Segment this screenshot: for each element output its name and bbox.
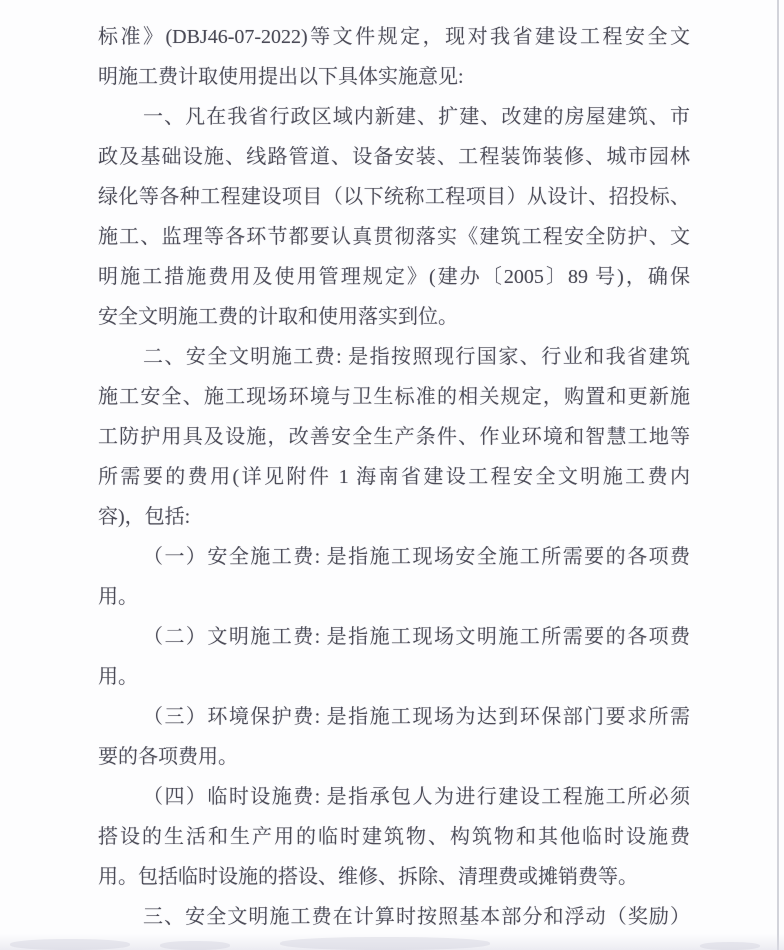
text-line: 明施工措施费用及使用管理规定》(建办〔2005〕89 号)，确保: [98, 257, 690, 297]
text-line: 施工、监理等各环节都要认真贯彻落实《建筑工程安全防护、文: [98, 217, 690, 257]
text-line: 安全文明施工费的计取和使用落实到位。: [98, 297, 690, 337]
text-line: （三）环境保护费: 是指施工现场为达到环保部门要求所需: [98, 697, 690, 737]
scan-bottom-shadow: [0, 934, 784, 950]
text-line: （四）临时设施费: 是指承包人为进行建设工程施工所必须: [98, 777, 690, 817]
text-line: 工防护用具及设施，改善安全生产条件、作业环境和智慧工地等: [98, 417, 690, 457]
text-line: 标准》(DBJ46-07-2022)等文件规定，现对我省建设工程安全文: [98, 17, 690, 57]
text-line: 所需要的费用(详见附件 1 海南省建设工程安全文明施工费内: [98, 457, 690, 497]
scan-artifact: [280, 937, 490, 950]
text-line: 明施工费计取使用提出以下具体实施意见:: [98, 57, 690, 97]
text-line: 政及基础设施、线路管道、设备安装、工程装饰装修、城市园林: [98, 137, 690, 177]
text-line: 二、安全文明施工费: 是指按照现行国家、行业和我省建筑: [98, 337, 690, 377]
text-line: 一、凡在我省行政区域内新建、扩建、改建的房屋建筑、市: [98, 97, 690, 137]
text-line: 用。包括临时设施的搭设、维修、拆除、清理费或摊销费等。: [98, 857, 690, 897]
text-line: 用。: [98, 577, 690, 617]
text-line: 要的各项费用。: [98, 737, 690, 777]
scan-artifact: [10, 939, 130, 950]
text-line: 三、安全文明施工费在计算时按照基本部分和浮动（奖励）: [98, 897, 690, 937]
scan-edge-line: [777, 0, 779, 950]
document-text: 标准》(DBJ46-07-2022)等文件规定，现对我省建设工程安全文明施工费计…: [98, 17, 690, 937]
text-line: 容)，包括:: [98, 497, 690, 537]
document-page: 标准》(DBJ46-07-2022)等文件规定，现对我省建设工程安全文明施工费计…: [0, 0, 784, 950]
text-line: 绿化等各种工程建设项目（以下统称工程项目）从设计、招投标、: [98, 177, 690, 217]
scan-artifact: [160, 941, 230, 950]
scan-artifact: [700, 942, 760, 950]
text-line: 用。: [98, 657, 690, 697]
text-line: （一）安全施工费: 是指施工现场安全施工所需要的各项费: [98, 537, 690, 577]
text-line: 搭设的生活和生产用的临时建筑物、构筑物和其他临时设施费: [98, 817, 690, 857]
text-line: 施工安全、施工现场环境与卫生标准的相关规定，购置和更新施: [98, 377, 690, 417]
text-line: （二）文明施工费: 是指施工现场文明施工所需要的各项费: [98, 617, 690, 657]
